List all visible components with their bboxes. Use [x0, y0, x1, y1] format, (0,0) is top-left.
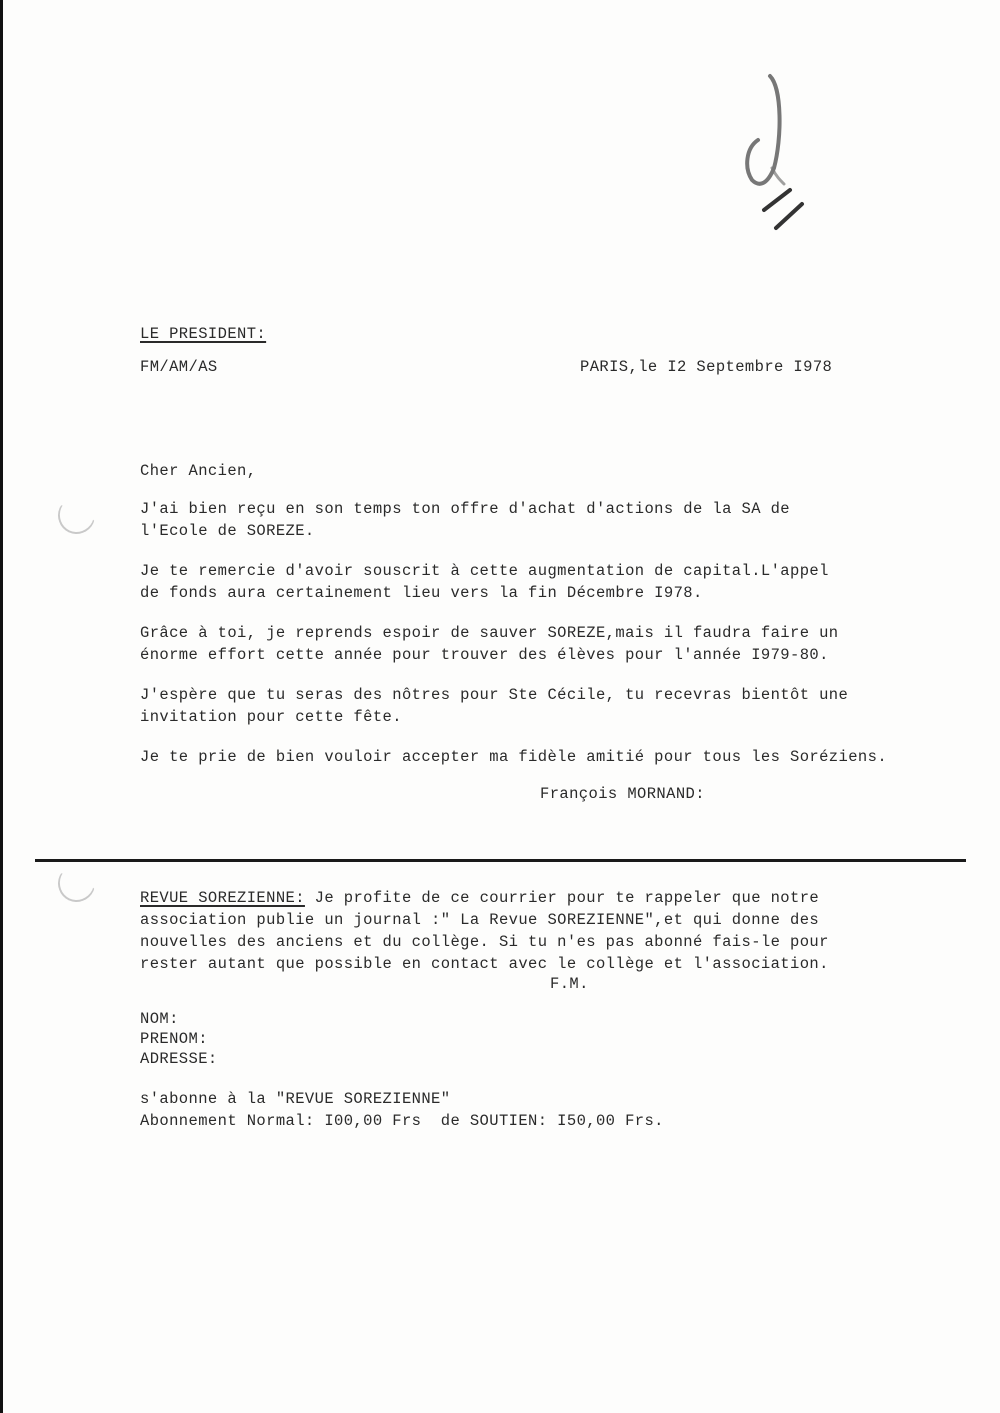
signature: François MORNAND: — [540, 785, 705, 803]
paragraph-2-line-1: Je te remercie d'avoir souscrit à cette … — [140, 562, 829, 580]
paragraph-3-line-2: énorme effort cette année pour trouver d… — [140, 646, 829, 664]
form-field-adresse: ADRESSE: — [140, 1050, 218, 1068]
sender-title: LE PRESIDENT: — [140, 325, 266, 343]
paragraph-4-line-2: invitation pour cette fête. — [140, 708, 402, 726]
form-field-nom: NOM: — [140, 1010, 179, 1028]
paragraph-2-line-2: de fonds aura certainement lieu vers la … — [140, 584, 703, 602]
paragraph-1-line-2: l'Ecole de SOREZE. — [140, 522, 315, 540]
revue-intro: Je profite de ce courrier pour te rappel… — [305, 889, 819, 907]
place-date: PARIS,le I2 Septembre I978 — [580, 358, 832, 376]
paragraph-1-line-1: J'ai bien reçu en son temps ton offre d'… — [140, 500, 790, 518]
revue-line-2: association publie un journal :" La Revu… — [140, 911, 819, 929]
reference-code: FM/AM/AS — [140, 358, 218, 376]
pencil-mark-icon — [730, 68, 820, 238]
paragraph-5: Je te prie de bien vouloir accepter ma f… — [140, 748, 887, 766]
punch-hole-mark — [53, 492, 100, 539]
paragraph-3-line-1: Grâce à toi, je reprends espoir de sauve… — [140, 624, 839, 642]
revue-line-1: REVUE SOREZIENNE: Je profite de ce courr… — [140, 889, 819, 907]
form-field-prenom: PRENOM: — [140, 1030, 208, 1048]
revue-heading: REVUE SOREZIENNE: — [140, 889, 305, 907]
paragraph-4-line-1: J'espère que tu seras des nôtres pour St… — [140, 686, 848, 704]
subscribe-line: s'abonne à la "REVUE SOREZIENNE" — [140, 1090, 450, 1108]
pricing-line: Abonnement Normal: I00,00 Frs de SOUTIEN… — [140, 1112, 664, 1130]
section-divider — [35, 859, 966, 862]
revue-line-4: rester autant que possible en contact av… — [140, 955, 829, 973]
salutation: Cher Ancien, — [140, 462, 256, 480]
scan-edge — [0, 0, 3, 1413]
punch-hole-mark — [53, 860, 100, 907]
revue-initials: F.M. — [550, 975, 589, 993]
revue-line-3: nouvelles des anciens et du collège. Si … — [140, 933, 829, 951]
